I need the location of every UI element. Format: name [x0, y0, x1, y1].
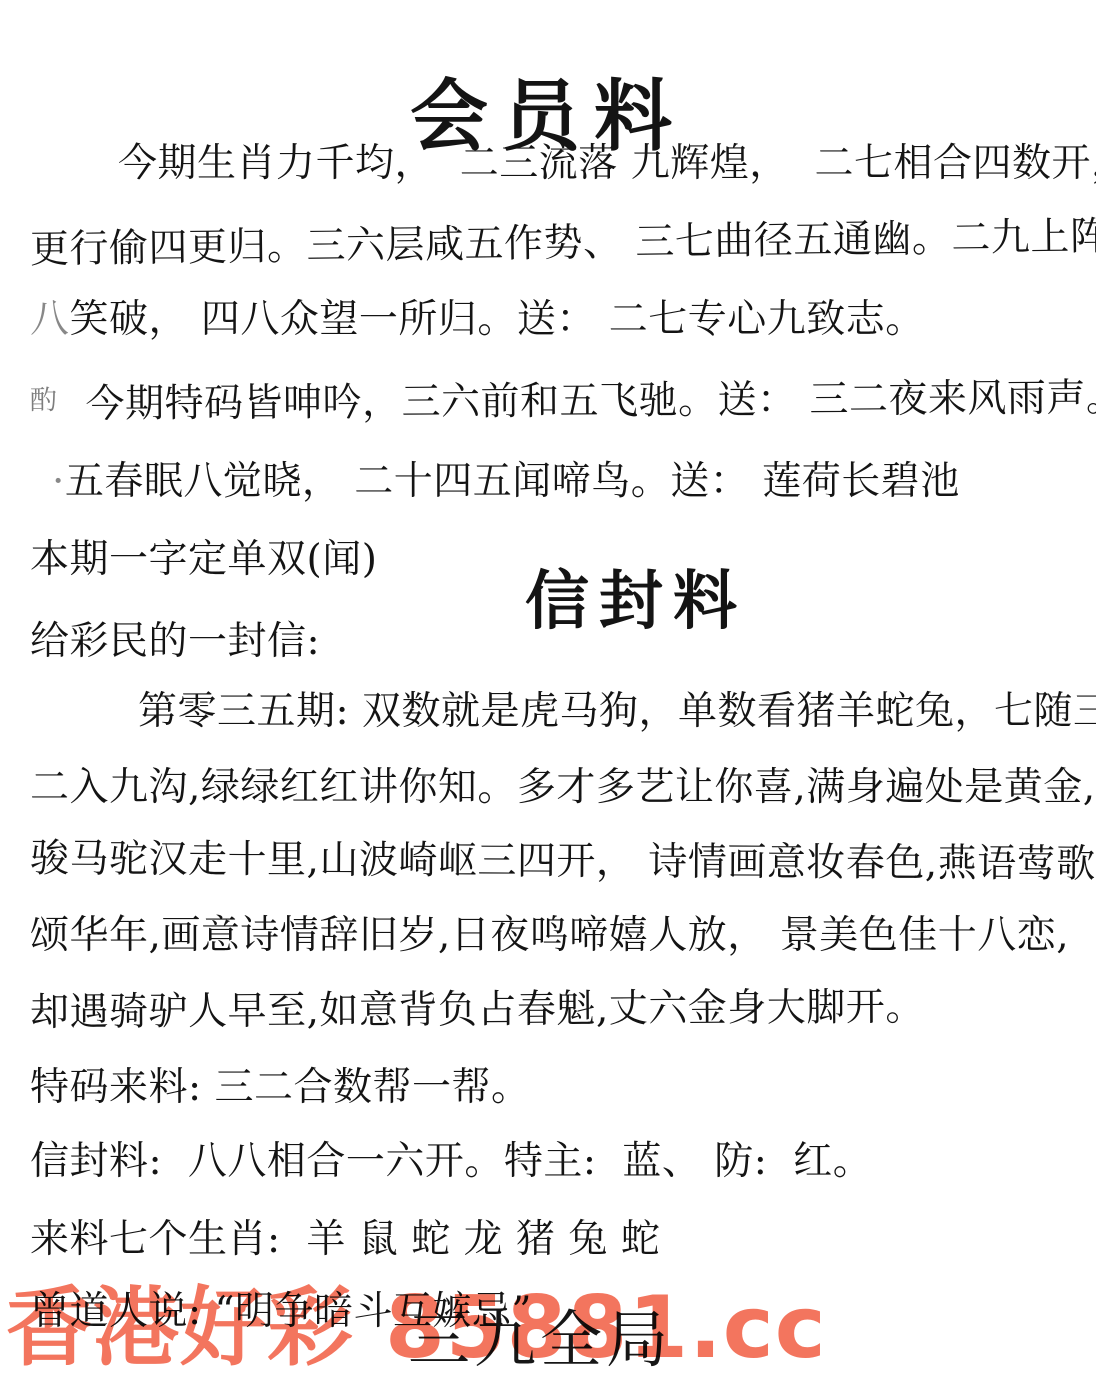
tip-line-special-code: 特码来料: 三二合数帮一帮。	[30, 1065, 1076, 1112]
envelope-line-2: 二入九沟,绿绿红红讲你知。多才多艺让你喜,满身遍处是黄金,	[30, 765, 1076, 812]
tip-line-envelope: 信封料: 八八相合一六开。特主: 蓝、 防: 红。	[30, 1139, 1076, 1186]
envelope-line-5: 却遇骑驴人早至,如意背负占春魁,丈六金身大脚开。	[30, 984, 1076, 1037]
member-line-5-faint-mark: ·	[52, 459, 65, 504]
member-line-4-faint-fragment: 酌	[30, 385, 58, 416]
envelope-line-3: 骏马驼汉走十里,山波崎岖三四开， 诗情画意妆春色,燕语莺歌	[30, 836, 1076, 888]
member-line-4-text: 今期特码皆呻吟，三六前和五飞驰。送： 三二夜来风雨声。	[85, 376, 1096, 427]
member-line-5-text: 五春眠八觉晓， 二十四五闻啼鸟。送： 莲荷长碧池	[65, 459, 960, 504]
envelope-line-4: 颂华年,画意诗情辞旧岁,日夜鸣啼嬉人放， 景美色佳十八恋,	[30, 913, 1076, 960]
scanned-tip-sheet-page: 会员料 今期生肖力千均， 二三流落 九辉煌， 二七相合四数开， 三 更行偷四更归…	[0, 0, 1096, 1388]
member-line-5: ·五春眠八觉晓， 二十四五闻啼鸟。送： 莲荷长碧池	[52, 459, 1076, 506]
member-line-3-text: 笑破， 四八众望一所归。送： 二七专心九致志。	[70, 297, 925, 342]
member-line-3-faint-fragment: 八	[30, 297, 70, 342]
member-line-2: 更行偷四更归。三六层咸五作势、 三七曲径五通幽。二九上阵	[30, 215, 1076, 275]
tip-line-zodiacs: 来料七个生肖: 羊 鼠 蛇 龙 猪 兔 蛇	[30, 1217, 1076, 1264]
member-line-1: 今期生肖力千均， 二三流落 九辉煌， 二七相合四数开， 三	[30, 141, 1076, 188]
envelope-section-heading: 信封料	[525, 550, 747, 642]
member-line-4: 酌今期特码皆呻吟，三六前和五飞驰。送： 三二夜来风雨声。	[30, 376, 1076, 429]
watermark-text: 香港好彩 85881.cc	[6, 1258, 827, 1382]
envelope-line-1: 第零三五期: 双数就是虎马狗，单数看猪羊蛇兔，七随三	[30, 689, 1076, 736]
member-line-3: 八笑破， 四八众望一所归。送： 二七专心九致志。	[30, 297, 1076, 344]
